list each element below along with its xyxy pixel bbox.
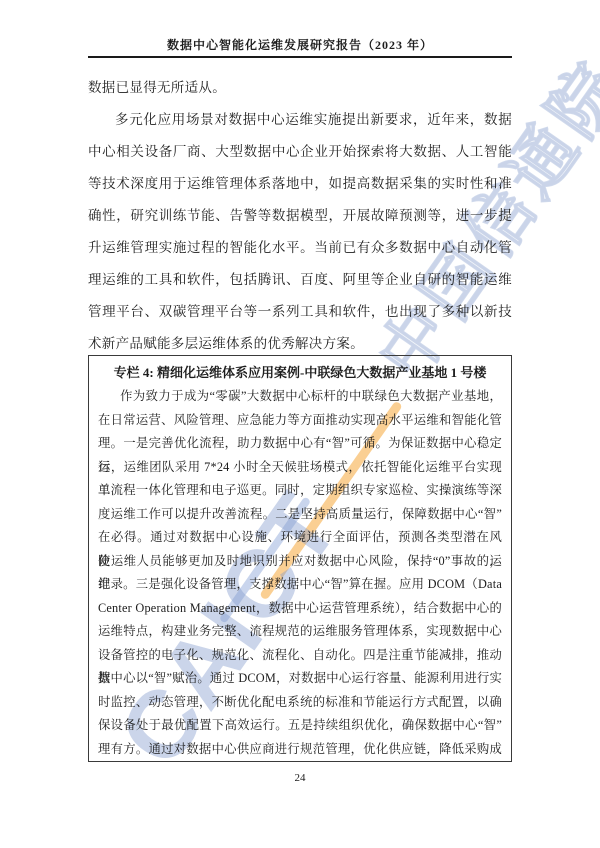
box-text-line: 度运维工作可以提升改善流程。二是坚持高质量运行，保障数据中心“智” bbox=[98, 503, 502, 527]
box-text-line: 设备管控的电子化、规范化、流程化、自动化。四是注重节能减排，推动数 bbox=[98, 644, 502, 668]
header-rule bbox=[88, 56, 512, 58]
box-text-line: 理有方。通过对数据中心供应商进行规范管理，优化供应链，降低采购成 bbox=[98, 738, 502, 762]
body-text-line: 管理平台、双碳管理平台等一系列工具和软件，也出现了多种以新技 bbox=[88, 296, 512, 328]
box-text-line: 在日常运营、风险管理、应急能力等方面推动实现高水平运维和智能化管 bbox=[98, 409, 502, 433]
running-header: 数据中心智能化运维发展研究报告（2023 年） bbox=[88, 36, 512, 53]
box-text-line: 行，运维团队采用 7*24 小时全天候驻场模式，依托智能化运维平台实现工 bbox=[98, 456, 502, 480]
box-text-line: 据中心以“智”赋治。通过 DCOM，对数据中心运行容量、能源利用进行实 bbox=[98, 667, 502, 691]
box-text-line: 作为致力于成为“零碳”大数据中心标杆的中联绿色大数据产业基地， bbox=[98, 385, 502, 409]
box-text-line: 使运维人员能够更加及时地识别并应对数据中心风险，保持“0”事故的运维 bbox=[98, 550, 502, 574]
box-text-line: Center Operation Management，数据中心运营管理系统），… bbox=[98, 597, 502, 621]
body-text-line: 等技术深度用于运维管理体系落地中，如提高数据采集的实时性和准 bbox=[88, 168, 512, 200]
box-text-line: 记录。三是强化设备管理，支撑数据中心“智”算在握。应用 DCOM（Data bbox=[98, 573, 502, 597]
case-study-box: 专栏 4: 精细化运维体系应用案例-中联绿色大数据产业基地 1 号楼 作为致力于… bbox=[88, 355, 512, 762]
box-text-line: 理。一是完善优化流程，助力数据中心有“智”可循。为保证数据中心稳定运 bbox=[98, 432, 502, 456]
box-text-line: 运维特点，构建业务完整、流程规范的运维服务管理体系，实现数据中心 bbox=[98, 620, 502, 644]
body-text-line: 升运维管理实施过程的智能化水平。当前已有众多数据中心自动化管 bbox=[88, 232, 512, 264]
box-text-line: 时监控、动态管理，不断优化配电系统的标准和节能运行方式配置，以确 bbox=[98, 691, 502, 715]
box-text-line: 单流程一体化管理和电子巡更。同时，定期组织专家巡检、实操演练等深 bbox=[98, 479, 502, 503]
box-text-line: 在必得。通过对数据中心设施、环境进行全面评估，预测各类型潜在风险， bbox=[98, 526, 502, 550]
body-text-line: 中心相关设备厂商、大型数据中心企业开始探索将大数据、人工智能 bbox=[88, 136, 512, 168]
body-text: 数据已显得无所适从。多元化应用场景对数据中心运维实施提出新要求，近年来，数据中心… bbox=[88, 72, 512, 360]
body-text-line: 多元化应用场景对数据中心运维实施提出新要求，近年来，数据 bbox=[88, 104, 512, 136]
case-study-box-body: 作为致力于成为“零碳”大数据中心标杆的中联绿色大数据产业基地，在日常运营、风险管… bbox=[98, 385, 502, 761]
body-text-line: 确性，研究训练节能、告警等数据模型，开展故障预测等，进一步提 bbox=[88, 200, 512, 232]
page-number: 24 bbox=[0, 772, 600, 784]
report-page: 中国信通院 CAICT 数据中心智能化运维发展研究报告（2023 年） 数据已显… bbox=[0, 0, 600, 848]
body-text-line: 理运维的工具和软件，包括腾讯、百度、阿里等企业自研的智能运维 bbox=[88, 264, 512, 296]
body-text-line: 数据已显得无所适从。 bbox=[88, 72, 512, 104]
box-text-line: 保设备处于最优配置下高效运行。五是持续组织优化，确保数据中心“智” bbox=[98, 714, 502, 738]
case-study-box-title: 专栏 4: 精细化运维体系应用案例-中联绿色大数据产业基地 1 号楼 bbox=[98, 361, 502, 385]
